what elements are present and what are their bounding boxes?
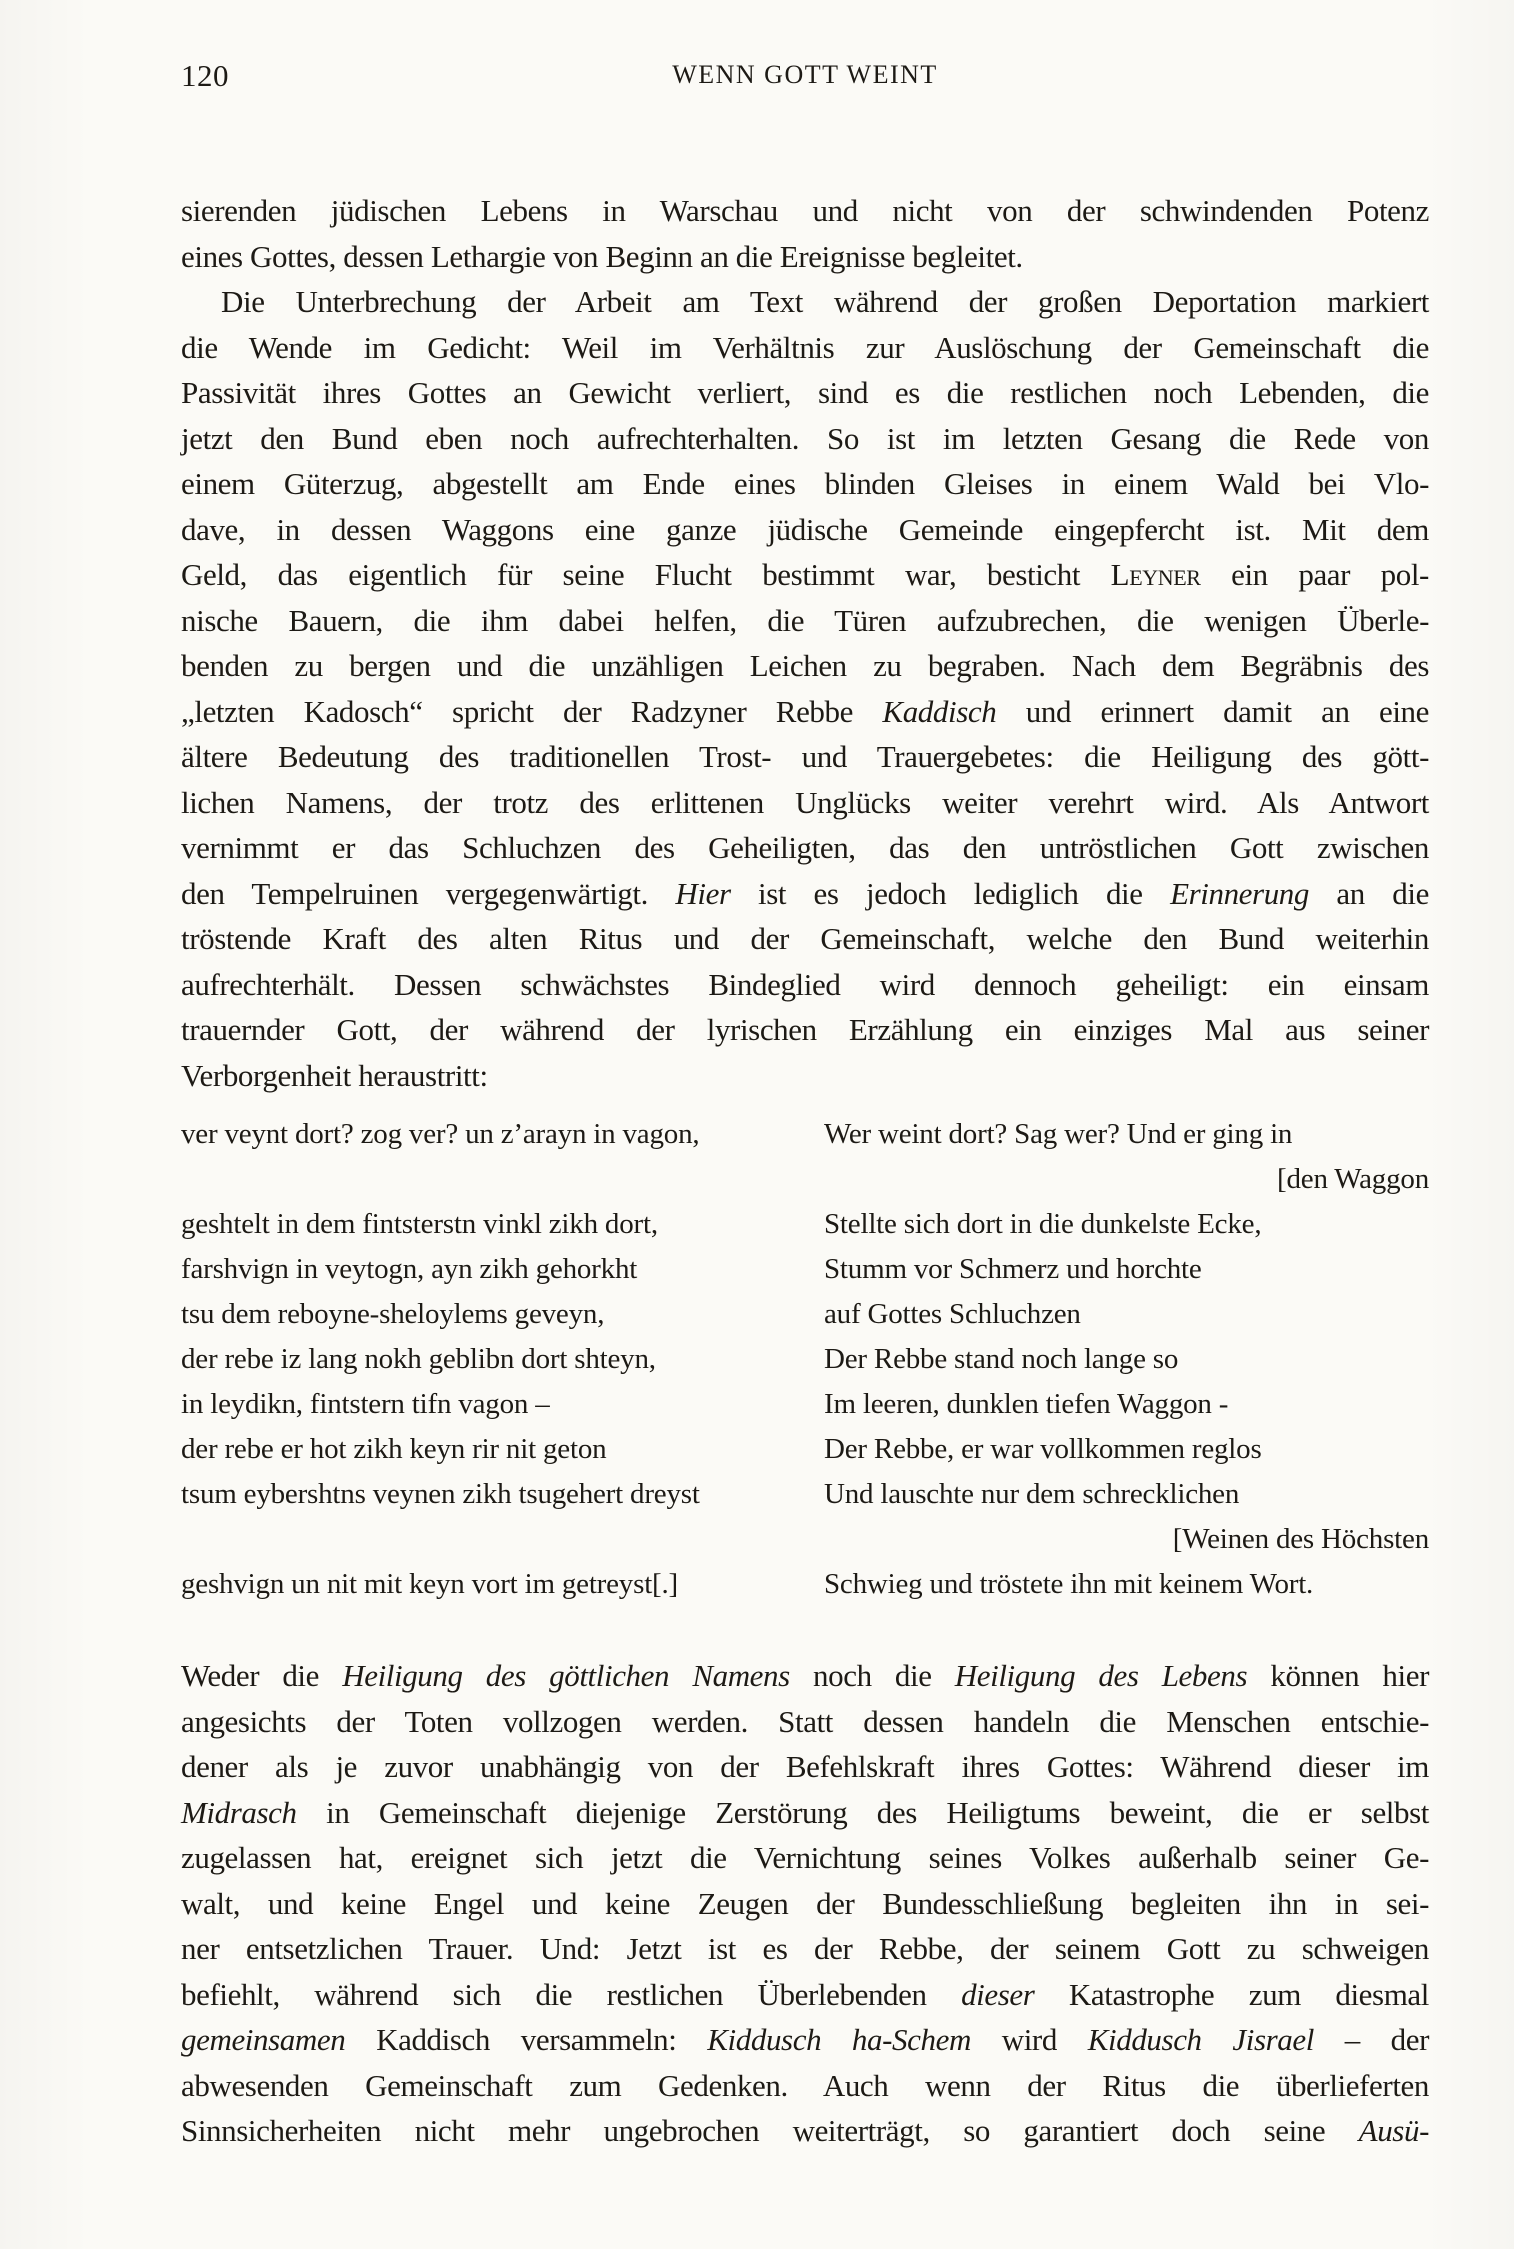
text-line: lichen Namens, der trotz des erlittenen … [181,780,1429,826]
book-page: 120 WENN GOTT WEINT sierenden jüdischen … [0,0,1514,2249]
poem-line-yiddish [181,1157,824,1202]
paragraph-main: Die Unterbrechung der Arbeit am Text wäh… [181,279,1429,1098]
text-line: eines Gottes, dessen Lethargie von Begin… [181,234,1429,280]
poem-line-german: [den Waggon [824,1157,1429,1202]
text-line: Passivität ihres Gottes an Gewicht verli… [181,370,1429,416]
poem-line-german: Der Rebbe stand noch lange so [824,1337,1429,1382]
poem-row: geshvign un nit mit keyn vort im getreys… [181,1562,1429,1607]
poem-line-yiddish: in leydikn, fintstern tifn vagon – [181,1382,824,1427]
poem-line-yiddish: farshvign in veytogn, ayn zikh gehorkht [181,1247,824,1292]
poem-line-yiddish: geshvign un nit mit keyn vort im getreys… [181,1562,824,1607]
text-line: Sinnsicherheiten nicht mehr ungebrochen … [181,2108,1429,2154]
poem-line-german: Stumm vor Schmerz und horchte [824,1247,1429,1292]
text-line: ner entsetzlichen Trauer. Und: Jetzt ist… [181,1926,1429,1972]
poem-line-yiddish: der rebe iz lang nokh geblibn dort shtey… [181,1337,824,1382]
poem-line-german: Im leeren, dunklen tiefen Waggon - [824,1382,1429,1427]
poem-row: tsu dem reboyne-sheloylems geveyn,auf Go… [181,1292,1429,1337]
paragraph-continuation: sierenden jüdischen Lebens in Warschau u… [181,188,1429,279]
poem-row: [den Waggon [181,1157,1429,1202]
text-line: vernimmt er das Schluchzen des Geheiligt… [181,825,1429,871]
poem-row: der rebe iz lang nokh geblibn dort shtey… [181,1337,1429,1382]
poem-line-german: Der Rebbe, er war vollkommen reglos [824,1427,1429,1472]
poem-line-german: Wer weint dort? Sag wer? Und er ging in [824,1112,1429,1157]
text-line: sierenden jüdischen Lebens in Warschau u… [181,188,1429,234]
poem-row: [Weinen des Höchsten [181,1517,1429,1562]
page-number: 120 [181,58,229,94]
poem-row: tsum eybershtns veynen zikh tsugehert dr… [181,1472,1429,1517]
text-line: benden zu bergen und die unzähligen Leic… [181,643,1429,689]
text-line: „letzten Kadosch“ spricht der Radzyner R… [181,689,1429,735]
poem-row: in leydikn, fintstern tifn vagon –Im lee… [181,1382,1429,1427]
text-line: Geld, das eigentlich für seine Flucht be… [181,552,1429,598]
poem-line-yiddish: ver veynt dort? zog ver? un z’arayn in v… [181,1112,824,1157]
poem-line-yiddish: tsu dem reboyne-sheloylems geveyn, [181,1292,824,1337]
text-line: trauernder Gott, der während der lyrisch… [181,1007,1429,1053]
text-line: Weder die Heiligung des göttlichen Namen… [181,1653,1429,1699]
text-line: zugelassen hat, ereignet sich jetzt die … [181,1835,1429,1881]
smallcaps-name: Leyner [1111,557,1201,592]
paragraph-closing: Weder die Heiligung des göttlichen Namen… [181,1653,1429,2154]
text-line: befiehlt, während sich die restlichen Üb… [181,1972,1429,2018]
text-line: die Wende im Gedicht: Weil im Verhältnis… [181,325,1429,371]
text-line: walt, und keine Engel und keine Zeugen d… [181,1881,1429,1927]
text-line: jetzt den Bund eben noch aufrechterhalte… [181,416,1429,462]
text-line: abwesenden Gemeinschaft zum Gedenken. Au… [181,2063,1429,2109]
page-body: sierenden jüdischen Lebens in Warschau u… [181,188,1429,2154]
text-line: dener als je zuvor unabhängig von der Be… [181,1744,1429,1790]
poem-line-yiddish: der rebe er hot zikh keyn rir nit geton [181,1427,824,1472]
running-header-title: WENN GOTT WEINT [672,60,938,90]
text-line: einem Güterzug, abgestellt am Ende eines… [181,461,1429,507]
poem-line-yiddish [181,1517,824,1562]
text-line: angesichts der Toten vollzogen werden. S… [181,1699,1429,1745]
text-line: ältere Bedeutung des traditionellen Tros… [181,734,1429,780]
text-line: nische Bauern, die ihm dabei helfen, die… [181,598,1429,644]
text-line: dave, in dessen Waggons eine ganze jüdis… [181,507,1429,553]
text-line: aufrechterhält. Dessen schwächstes Binde… [181,962,1429,1008]
poem-line-german: auf Gottes Schluchzen [824,1292,1429,1337]
poem-line-german: [Weinen des Höchsten [824,1517,1429,1562]
poem-row: geshtelt in dem fintsterstn vinkl zikh d… [181,1202,1429,1247]
poem-line-yiddish: geshtelt in dem fintsterstn vinkl zikh d… [181,1202,824,1247]
text-line: Verborgenheit heraustritt: [181,1053,1429,1099]
text-line: gemeinsamen Kaddisch versammeln: Kiddusc… [181,2017,1429,2063]
poem-row: der rebe er hot zikh keyn rir nit getonD… [181,1427,1429,1472]
text-line: Die Unterbrechung der Arbeit am Text wäh… [181,279,1429,325]
poem-row: ver veynt dort? zog ver? un z’arayn in v… [181,1112,1429,1157]
poem-row: farshvign in veytogn, ayn zikh gehorkhtS… [181,1247,1429,1292]
poem-line-german: Stellte sich dort in die dunkelste Ecke, [824,1202,1429,1247]
poem-quotation: ver veynt dort? zog ver? un z’arayn in v… [181,1112,1429,1607]
running-head: 120 WENN GOTT WEINT [181,58,1429,100]
poem-line-german: Und lauschte nur dem schrecklichen [824,1472,1429,1517]
text-line: tröstende Kraft des alten Ritus und der … [181,916,1429,962]
poem-line-yiddish: tsum eybershtns veynen zikh tsugehert dr… [181,1472,824,1517]
text-line: den Tempelruinen vergegenwärtigt. Hier i… [181,871,1429,917]
poem-line-german: Schwieg und tröstete ihn mit keinem Wort… [824,1562,1429,1607]
text-line: Midrasch in Gemeinschaft diejenige Zerst… [181,1790,1429,1836]
